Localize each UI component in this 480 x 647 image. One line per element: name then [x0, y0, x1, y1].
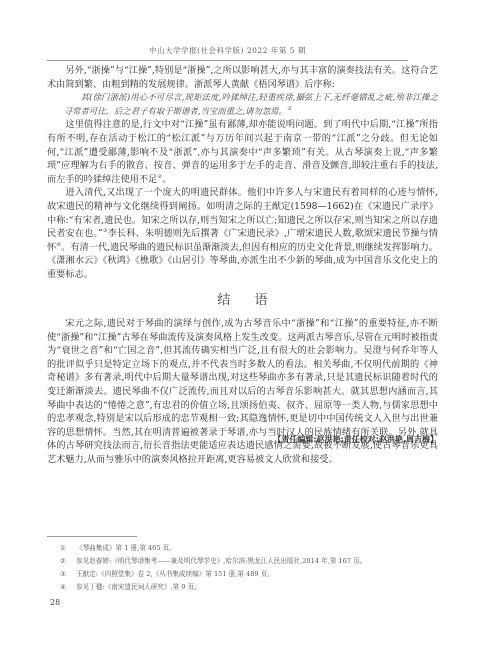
paragraph-2-text: 这里值得注意的是,行文中对“江操”虽有鄙薄,却亦能说明问题。到了明代中后期,“江…	[47, 119, 438, 184]
footnote-4: ④参见丁楹:《南宋遗民词人研究》,第 9 页。	[60, 581, 430, 594]
footnote-mark: ①	[60, 542, 76, 555]
footnote-divider	[47, 536, 137, 537]
footnote-text: 《琴曲集成》第 1 册,第 465 页。	[76, 544, 176, 552]
footnote-text: 参见丁楹:《南宋遗民词人研究》,第 9 页。	[76, 583, 201, 591]
footnotes: ①《琴曲集成》第 1 册,第 465 页。 ②参见赵春婷:《明代琴谱集考——兼及…	[60, 542, 430, 594]
running-head: 中山大学学报(社会科学版) 2022 年第 5 期	[47, 45, 408, 56]
footnote-text: 参见赵春婷:《明代琴谱集考——兼及明代琴学史》,哈尔滨:黑龙江人民出版社,201…	[76, 557, 366, 565]
paragraph-3-text-c: 。有清一代,遗民琴曲的遗民标识虽渐渐淡去,但因有相应的历史文化背景,则继续发挥影…	[47, 242, 438, 280]
footnote-mark: ②	[60, 555, 76, 568]
article-body: 另外,“浙操”与“江操”,特别是“浙操”,之所以影响甚大,亦与其丰富的演奏技法有…	[47, 64, 438, 467]
paragraph-2: 这里值得注意的是,行文中对“江操”虽有鄙薄,却亦能说明问题。到了明代中后期,“江…	[47, 118, 438, 186]
footnote-3: ③王猷定:《四照堂集》卷 2,《丛书集成续编》第 151 册,第 489 页。	[60, 568, 430, 581]
quote-text: 其(徐门浙派)用心不可尽言,规矩法度,吟猱绰注,轻重疾徐,撮弦上下,无纤毫错乱之…	[47, 91, 438, 118]
footnote-1: ①《琴曲集成》第 1 册,第 465 页。	[60, 542, 430, 555]
footnote-mark: ④	[60, 581, 76, 594]
footnote-2: ②参见赵春婷:《明代琴谱集考——兼及明代琴学史》,哈尔滨:黑龙江人民出版社,20…	[60, 555, 430, 568]
quote-content: 其(徐门浙派)用心不可尽言,规矩法度,吟猱绰注,轻重疾徐,撮弦上下,无纤毫错乱之…	[64, 92, 438, 116]
editor-credit: 【责任编辑:赵洪艳;责任校对:赵洪艳,周吉梅】	[273, 434, 438, 445]
journal-page: 中山大学学报(社会科学版) 2022 年第 5 期 另外,“浙操”与“江操”,特…	[47, 0, 438, 647]
block-quote: 其(徐门浙派)用心不可尽言,规矩法度,吟猱绰注,轻重疾徐,撮弦上下,无纤毫错乱之…	[47, 91, 438, 118]
header-divider	[47, 60, 408, 61]
page-number: 28	[50, 598, 60, 607]
footnote-mark: ③	[60, 568, 76, 581]
paragraph-2-end: 。	[162, 174, 171, 185]
section-heading-conclusion: 结 语	[47, 294, 438, 308]
paragraph-1: 另外,“浙操”与“江操”,特别是“浙操”,之所以影响甚大,亦与其丰富的演奏技法有…	[47, 64, 438, 91]
paragraph-3: 进入清代,又出现了一个庞大的明遗民群体。他们中许多人与宋遗民有着同样的心迹与情怀…	[47, 186, 438, 281]
footnote-text: 王猷定:《四照堂集》卷 2,《丛书集成续编》第 151 册,第 489 页。	[76, 570, 274, 578]
footnote-ref-1[interactable]: ①	[287, 106, 292, 112]
